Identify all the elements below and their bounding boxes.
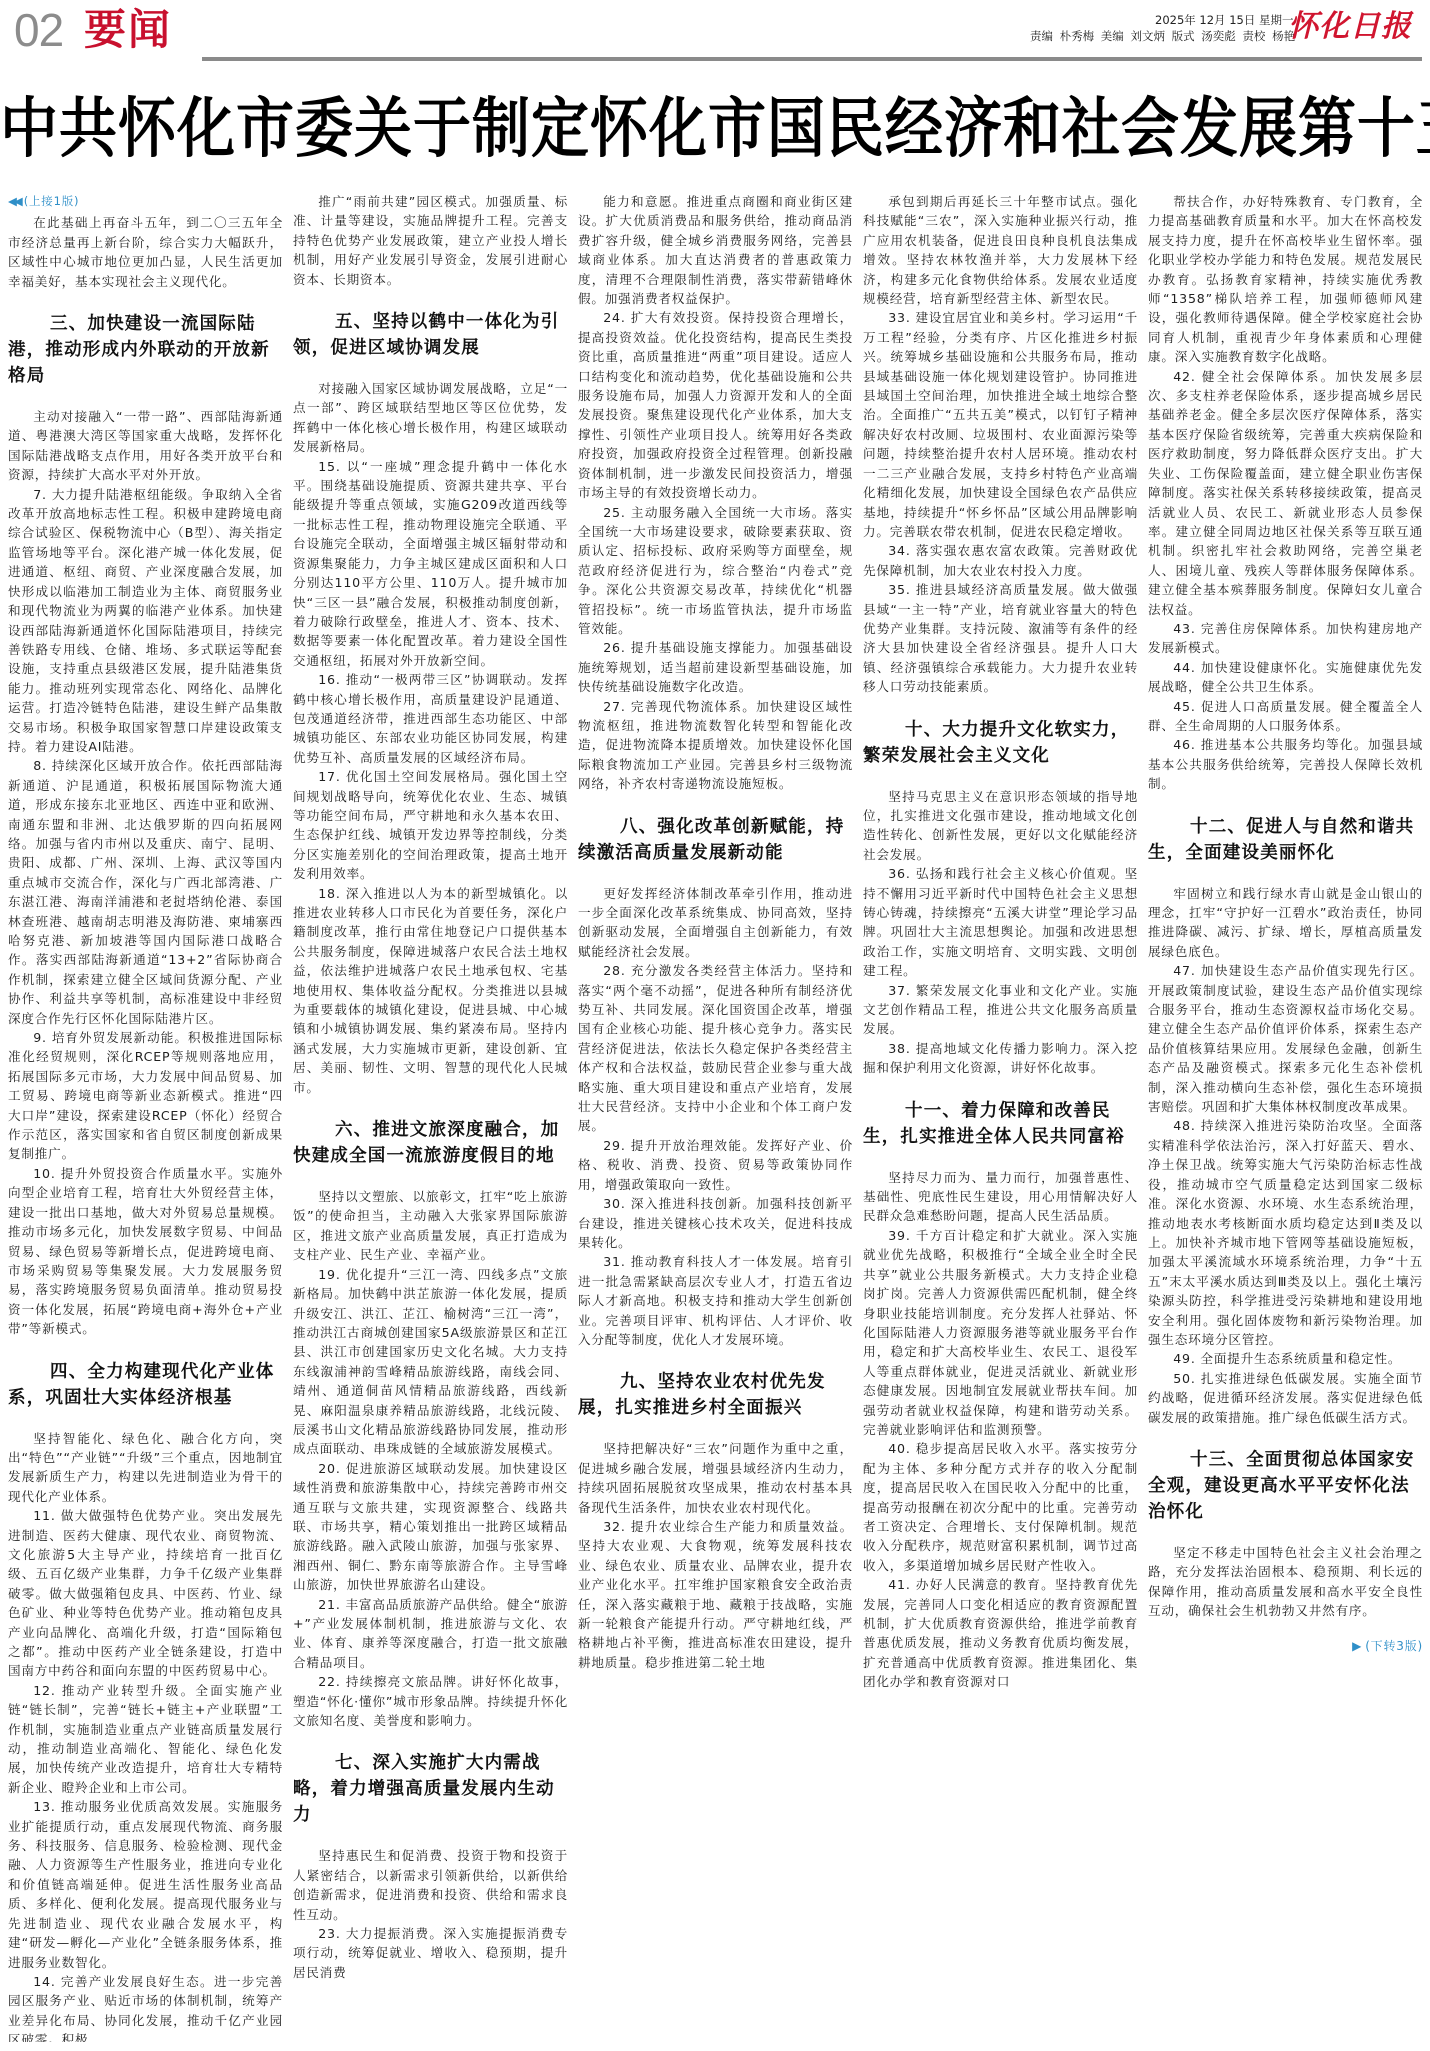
page-number: 02 <box>14 2 63 58</box>
paragraph: 对接融入国家区域协调发展战略，立足“一点一部”、跨区域联结型地区等区位优势，发挥… <box>293 379 568 457</box>
paragraph: 25. 主动服务融入全国统一大市场。落实全国统一大市场建设要求，破除要素获取、资… <box>578 503 853 639</box>
section-heading: 六、推进文旅深度融合，加快建成全国一流旅游度假目的地 <box>293 1117 568 1169</box>
paragraph: 18. 深入推进以人为本的新型城镇化。以推进农业转移人口市民化为首要任务，深化户… <box>293 884 568 1097</box>
paragraph: 牢固树立和践行绿水青山就是金山银山的理念，扛牢“守护好一江碧水”政治责任，协同推… <box>1148 884 1423 962</box>
section-heading: 十、大力提升文化软实力，繁荣发展社会主义文化 <box>863 717 1138 769</box>
text-column-3: 能力和意愿。推进重点商圈和商业街区建设。扩大优质消费品和服务供给，推动商品消费扩… <box>578 192 853 2042</box>
paragraph: 8. 持续深化区域开放合作。依托西部陆海新通道、沪昆通道，积极拓展国际物流大通道… <box>8 756 283 1028</box>
rewind-arrow-icon: ◀◀ <box>8 194 20 208</box>
paragraph: 11. 做大做强特色优势产业。突出发展先进制造、医药大健康、现代农业、商贸物流、… <box>8 1506 283 1681</box>
paragraph: 坚持智能化、绿色化、融合化方向，突出“特色”“产业链”“升级”三个重点，因地制宜… <box>8 1429 283 1507</box>
paragraph: 主动对接融入“一带一路”、西部陆海新通道、粤港澳大湾区等国家重大战略，发挥怀化国… <box>8 407 283 485</box>
paragraph: 37. 繁荣发展文化事业和文化产业。实施文艺创作精品工程，推进公共文化服务高质量… <box>863 981 1138 1039</box>
paragraph: 推广“雨前共建”园区模式。加强质量、标准、计量等建设，实施品牌提升工程。完善支持… <box>293 192 568 289</box>
paragraph: 10. 提升外贸投资合作质量水平。实施外向型企业培育工程，培育壮大外贸经营主体，… <box>8 1164 283 1339</box>
article-body: ◀◀(上接1版) 在此基础上再奋斗五年，到二〇三五年全市经济总量再上新台阶，综合… <box>8 192 1422 2042</box>
text-column-2: 推广“雨前共建”园区模式。加强质量、标准、计量等建设，实施品牌提升工程。完善支持… <box>293 192 568 2042</box>
article-headline: 中共怀化市委关于制定怀化市国民经济和社会发展第十五个五年规划的建议 <box>0 88 1430 169</box>
paragraph: 承包到期后再延长三十年整市试点。强化科技赋能“三农”，深入实施种业振兴行动，推广… <box>863 192 1138 308</box>
paragraph: 13. 推动服务业优质高效发展。实施服务业扩能提质行动，重点发展现代物流、商务服… <box>8 1797 283 1972</box>
paragraph: 48. 持续深入推进污染防治攻坚。全面落实精准科学依法治污，深入打好蓝天、碧水、… <box>1148 1116 1423 1349</box>
paragraph: 27. 完善现代物流体系。加快建设区域性物流枢纽，推进物流数智化转型和智能化改造… <box>578 697 853 794</box>
text-column-4: 承包到期后再延长三十年整市试点。强化科技赋能“三农”，深入实施种业振兴行动，推广… <box>863 192 1138 2042</box>
paragraph: 坚持以文塑旅、以旅彰文，扛牢“吃上旅游饭”的使命担当，主动融入大张家界国际旅游区… <box>293 1187 568 1265</box>
paragraph: 33. 建设宜居宜业和美乡村。学习运用“千万工程”经验，分类有序、片区化推进乡村… <box>863 308 1138 541</box>
paragraph: 35. 推进县域经济高质量发展。做大做强县域“一主一特”产业，培育就业容量大的特… <box>863 580 1138 696</box>
masthead-rule <box>202 57 1422 61</box>
continued-from-label: (上接1版) <box>24 194 80 208</box>
paragraph: 19. 优化提升“三江一湾、四线多点”文旅新格局。加快鹤中洪芷旅游一体化发展，提… <box>293 1265 568 1459</box>
continued-to-label: (下转3版) <box>1365 1639 1423 1653</box>
section-name: 要闻 <box>84 4 172 56</box>
forward-arrow-icon: ▶ <box>1352 1639 1362 1653</box>
paragraph: 20. 促进旅游区域联动发展。加快建设区域性消费和旅游集散中心，持续完善跨市州交… <box>293 1459 568 1595</box>
paragraph: 在此基础上再奋斗五年，到二〇三五年全市经济总量再上新台阶，综合实力大幅跃升，区域… <box>8 213 283 291</box>
paragraph: 34. 落实强农惠农富农政策。完善财政优先保障机制，加大农业农村投入力度。 <box>863 541 1138 580</box>
section-heading: 三、加快建设一流国际陆港，推动形成内外联动的开放新格局 <box>8 311 283 389</box>
paragraph: 17. 优化国土空间发展格局。强化国土空间规划战略导向，统筹优化农业、生态、城镇… <box>293 767 568 883</box>
paragraph: 26. 提升基础设施支撑能力。加强基础设施统筹规划，适当超前建设新型基础设施，加… <box>578 638 853 696</box>
paragraph: 7. 大力提升陆港枢纽能级。争取纳入全省改革开放高地标志性工程。积极申建跨境电商… <box>8 485 283 757</box>
paragraph: 23. 大力提振消费。深入实施提振消费专项行动，统筹促就业、增收入、稳预期，提升… <box>293 1924 568 1982</box>
section-heading: 九、坚持农业农村优先发展，扎实推进乡村全面振兴 <box>578 1369 853 1421</box>
paragraph: 21. 丰富高品质旅游产品供给。健全“旅游+”产业发展体制机制，推进旅游与文化、… <box>293 1595 568 1673</box>
paragraph: 坚定不移走中国特色社会主义社会治理之路，充分发挥法治固根本、稳预期、利长远的保障… <box>1148 1543 1423 1621</box>
paragraph: 28. 充分激发各类经营主体活力。坚持和落实“两个毫不动摇”，促进各种所有制经济… <box>578 961 853 1136</box>
section-heading: 十一、着力保障和改善民生，扎实推进全体人民共同富裕 <box>863 1098 1138 1150</box>
paragraph: 29. 提升开放治理效能。发挥好产业、价格、税收、消费、投资、贸易等政策协同作用… <box>578 1136 853 1194</box>
issue-date: 2025年 12月 15日 星期一 <box>1155 12 1294 28</box>
paragraph: 42. 健全社会保障体系。加快发展多层次、多支柱养老保险体系，逐步提高城乡居民基… <box>1148 367 1423 619</box>
paragraph: 14. 完善产业发展良好生态。进一步完善园区服务产业、贴近市场的体制机制，统筹产… <box>8 1972 283 2042</box>
paragraph: 22. 持续擦亮文旅品牌。讲好怀化故事，塑造“怀化·懂你”城市形象品牌。持续提升… <box>293 1672 568 1730</box>
paragraph: 38. 提高地域文化传播力影响力。深入挖掘和保护利用文化资源，讲好怀化故事。 <box>863 1039 1138 1078</box>
paragraph: 41. 办好人民满意的教育。坚持教育优先发展，完善同人口变化相适应的教育资源配置… <box>863 1575 1138 1691</box>
text-column-1: ◀◀(上接1版) 在此基础上再奋斗五年，到二〇三五年全市经济总量再上新台阶，综合… <box>8 192 283 2042</box>
paragraph: 帮扶合作，办好特殊教育、专门教育，全力提高基础教育质量和水平。加大在怀高校发展支… <box>1148 192 1423 367</box>
paragraph: 15. 以“一座城”理念提升鹤中一体化水平。围绕基础设施提质、资源共建共享、平台… <box>293 457 568 670</box>
section-heading: 十三、全面贯彻总体国家安全观，建设更高水平平安怀化法治怀化 <box>1148 1447 1423 1525</box>
paragraph: 30. 深入推进科技创新。加强科技创新平台建设，推进关键核心技术攻关，促进科技成… <box>578 1194 853 1252</box>
section-heading: 十二、促进人与自然和谐共生，全面建设美丽怀化 <box>1148 814 1423 866</box>
paragraph: 坚持马克思主义在意识形态领域的指导地位，扎实推进文化强市建设，推动地域文化创造性… <box>863 787 1138 865</box>
paragraph: 32. 提升农业综合生产能力和质量效益。坚持大农业观、大食物观，统筹发展科技农业… <box>578 1517 853 1672</box>
paragraph: 47. 加快建设生态产品价值实现先行区。开展政策制度试验，建设生态产品价值实现综… <box>1148 961 1423 1116</box>
paragraph: 50. 扎实推进绿色低碳发展。实施全面节约战略，促进循环经济发展。落实促进绿色低… <box>1148 1369 1423 1427</box>
paragraph: 43. 完善住房保障体系。加快构建房地产发展新模式。 <box>1148 619 1423 658</box>
paragraph: 49. 全面提升生态系统质量和稳定性。 <box>1148 1349 1423 1368</box>
paragraph: 坚持尽力而为、量力而行，加强普惠性、基础性、兜底性民生建设，用心用情解决好人民群… <box>863 1168 1138 1226</box>
masthead: 02 要闻 2025年 12月 15日 星期一 责编 朴秀梅 美编 刘文炳 版式… <box>0 0 1430 70</box>
paragraph: 能力和意愿。推进重点商圈和商业街区建设。扩大优质消费品和服务供给，推动商品消费扩… <box>578 192 853 308</box>
paragraph: 39. 千方百计稳定和扩大就业。深入实施就业优先战略，积极推行“全域全业全时全民… <box>863 1226 1138 1439</box>
section-heading: 七、深入实施扩大内需战略，着力增强高质量发展内生动力 <box>293 1750 568 1828</box>
paragraph: 坚持把解决好“三农”问题作为重中之重，促进城乡融合发展，增强县域经济内生动力，持… <box>578 1439 853 1517</box>
section-heading: 五、坚持以鹤中一体化为引领，促进区域协调发展 <box>293 309 568 361</box>
paragraph: 36. 弘扬和践行社会主义核心价值观。坚持不懈用习近平新时代中国特色社会主义思想… <box>863 864 1138 980</box>
newspaper-logo: 怀化日报 <box>1288 8 1412 46</box>
paragraph: 16. 推动“一极两带三区”协调联动。发挥鹤中核心增长极作用，高质量建设沪昆通道… <box>293 670 568 767</box>
paragraph: 更好发挥经济体制改革牵引作用，推动进一步全面深化改革系统集成、协同高效，坚持创新… <box>578 884 853 962</box>
paragraph: 12. 推动产业转型升级。全面实施产业链“链长制”，完善“链长+链主+产业联盟”… <box>8 1681 283 1797</box>
paragraph: 44. 加快建设健康怀化。实施健康优先发展战略，健全公共卫生体系。 <box>1148 658 1423 697</box>
text-column-5: 帮扶合作，办好特殊教育、专门教育，全力提高基础教育质量和水平。加大在怀高校发展支… <box>1148 192 1423 2042</box>
editorial-staff: 责编 朴秀梅 美编 刘文炳 版式 汤奕彪 责校 杨艳 <box>1030 28 1295 44</box>
paragraph: 9. 培育外贸发展新动能。积极推进国际标准化经贸规则，深化RCEP等规则落地应用… <box>8 1028 283 1164</box>
paragraph: 46. 推进基本公共服务均等化。加强县域基本公共服务供给统筹，完善投人保障长效机… <box>1148 735 1423 793</box>
paragraph: 45. 促进人口高质量发展。健全覆盖全人群、全生命周期的人口服务体系。 <box>1148 697 1423 736</box>
section-heading: 四、全力构建现代化产业体系，巩固壮大实体经济根基 <box>8 1359 283 1411</box>
continued-from-marker[interactable]: ◀◀(上接1版) <box>8 192 283 211</box>
paragraph: 31. 推动教育科技人才一体发展。培育引进一批急需紧缺高层次专业人才，打造五省边… <box>578 1252 853 1349</box>
paragraph: 坚持惠民生和促消费、投资于物和投资于人紧密结合，以新需求引领新供给，以新供给创造… <box>293 1846 568 1924</box>
paragraph: 24. 扩大有效投资。保持投资合理增长，提高投资效益。优化投资结构，提高民生类投… <box>578 308 853 502</box>
section-heading: 八、强化改革创新赋能，持续激活高质量发展新动能 <box>578 814 853 866</box>
paragraph: 40. 稳步提高居民收入水平。落实按劳分配为主体、多种分配方式并存的收入分配制度… <box>863 1439 1138 1575</box>
continued-to-marker[interactable]: ▶(下转3版) <box>1148 1637 1423 1656</box>
